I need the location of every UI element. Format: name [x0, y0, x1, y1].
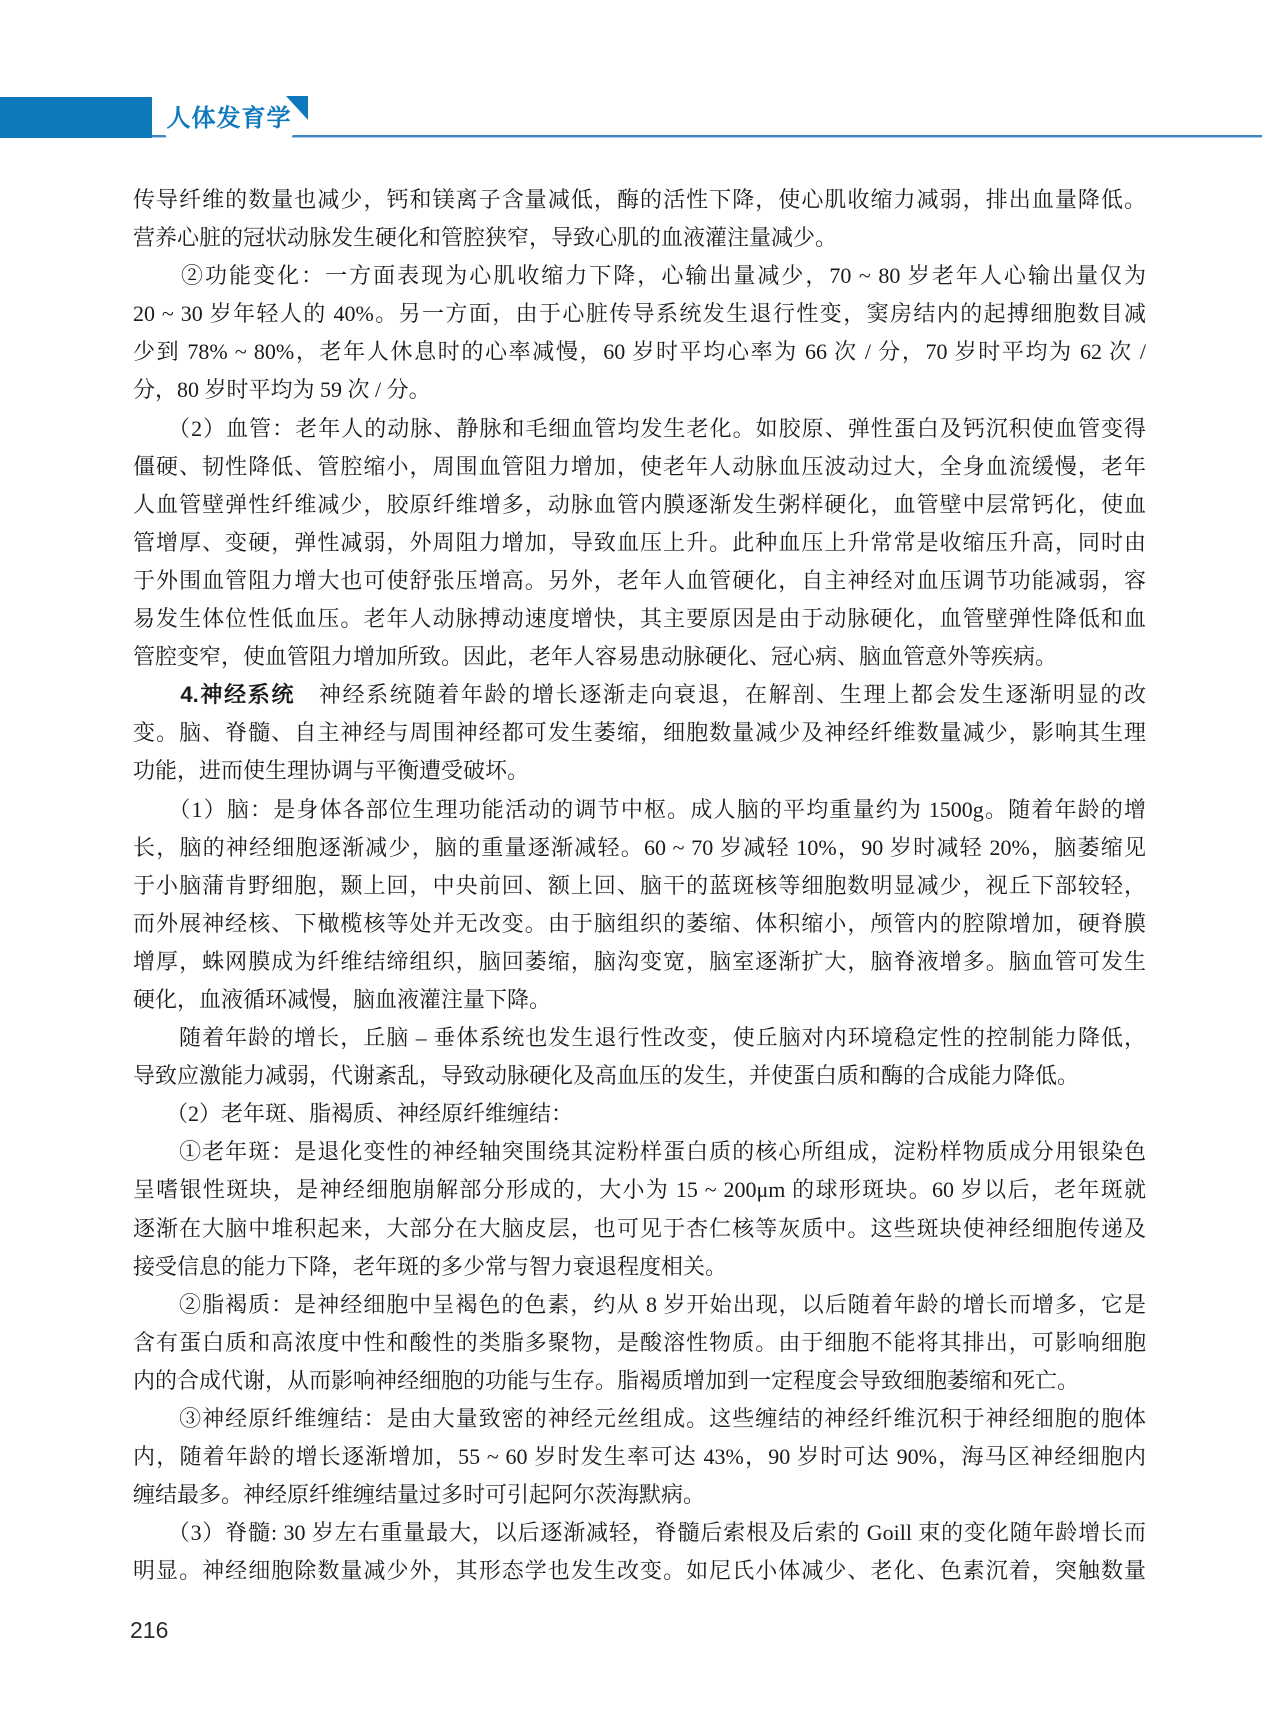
body-text: 传导纤维的数量也减少，钙和镁离子含量减低，酶的活性下降，使心肌收缩力减弱，排出血…: [133, 181, 1146, 1590]
text-line: 内，随着年龄的增长逐渐增加，55 ~ 60 岁时发生率可达 43%，90 岁时可…: [133, 1438, 1146, 1476]
text-line: 呈嗜银性斑块，是神经细胞崩解部分形成的，大小为 15 ~ 200μm 的球形斑块…: [133, 1171, 1146, 1209]
text-line: 于小脑蒲肯野细胞，颞上回，中央前回、额上回、脑干的蓝斑核等细胞数明显减少，视丘下…: [133, 867, 1146, 905]
text-run: [133, 682, 180, 707]
text-line: 管增厚、变硬，弹性减弱，外周阻力增加，导致血压上升。此种血压上升常常是收缩压升高…: [133, 524, 1146, 562]
text-line: 僵硬、韧性降低、管腔缩小，周围血管阻力增加，使老年人动脉血压波动过大，全身血流缓…: [133, 448, 1146, 486]
paragraph: 4.神经系统 神经系统随着年龄的增长逐渐走向衰退，在解剖、生理上都会发生逐渐明显…: [133, 676, 1146, 790]
text-line: 20 ~ 30 岁年轻人的 40%。另一方面，由于心脏传导系统发生退行性变，窦房…: [133, 295, 1146, 333]
section-heading: 4.神经系统: [180, 682, 295, 707]
text-line: 硬化，血液循环减慢，脑血液灌注量下降。: [133, 981, 1146, 1019]
text-line: 传导纤维的数量也减少，钙和镁离子含量减低，酶的活性下降，使心肌收缩力减弱，排出血…: [133, 181, 1146, 219]
text-line: ②脂褐质：是神经细胞中呈褐色的色素，约从 8 岁开始出现，以后随着年龄的增长而增…: [133, 1286, 1146, 1324]
text-line: 缠结最多。神经原纤维缠结量过多时可引起阿尔茨海默病。: [133, 1476, 1146, 1514]
text-line: 于外围血管阻力增大也可使舒张压增高。另外，老年人血管硬化，自主神经对血压调节功能…: [133, 562, 1146, 600]
text-line: 导致应激能力减弱，代谢紊乱，导致动脉硬化及高血压的发生，并使蛋白质和酶的合成能力…: [133, 1057, 1146, 1095]
text-line: 人血管壁弹性纤维减少，胶原纤维增多，动脉血管内膜逐渐发生粥样硬化，血管壁中层常钙…: [133, 486, 1146, 524]
text-line: 接受信息的能力下降，老年斑的多少常与智力衰退程度相关。: [133, 1248, 1146, 1286]
paragraph: 随着年龄的增长，丘脑 – 垂体系统也发生退行性改变，使丘脑对内环境稳定性的控制能…: [133, 1019, 1146, 1095]
text-line: 易发生体位性低血压。老年人动脉搏动速度增快，其主要原因是由于动脉硬化，血管壁弹性…: [133, 600, 1146, 638]
text-line: ①老年斑：是退化变性的神经轴突围绕其淀粉样蛋白质的核心所组成，淀粉样物质成分用银…: [133, 1133, 1146, 1171]
text-line: ②功能变化：一方面表现为心肌收缩力下降，心输出量减少，70 ~ 80 岁老年人心…: [133, 257, 1146, 295]
text-line: 含有蛋白质和高浓度中性和酸性的类脂多聚物，是酸溶性物质。由于细胞不能将其排出，可…: [133, 1324, 1146, 1362]
text-line: ③神经原纤维缠结：是由大量致密的神经元丝组成。这些缠结的神经纤维沉积于神经细胞的…: [133, 1400, 1146, 1438]
paragraph: 传导纤维的数量也减少，钙和镁离子含量减低，酶的活性下降，使心肌收缩力减弱，排出血…: [133, 181, 1146, 257]
book-page: { "page": { "header": { "book_title": "人…: [0, 0, 1275, 1718]
text-line: 随着年龄的增长，丘脑 – 垂体系统也发生退行性改变，使丘脑对内环境稳定性的控制能…: [133, 1019, 1146, 1057]
page-number: 216: [130, 1617, 168, 1644]
text-line: 长，脑的神经细胞逐渐减少，脑的重量逐渐减轻。60 ~ 70 岁减轻 10%，90…: [133, 829, 1146, 867]
text-line: 增厚，蛛网膜成为纤维结缔组织，脑回萎缩，脑沟变宽，脑室逐渐扩大，脑脊液增多。脑血…: [133, 943, 1146, 981]
paragraph: ③神经原纤维缠结：是由大量致密的神经元丝组成。这些缠结的神经纤维沉积于神经细胞的…: [133, 1400, 1146, 1514]
text-line: 逐渐在大脑中堆积起来，大部分在大脑皮层，也可见于杏仁核等灰质中。这些斑块使神经细…: [133, 1210, 1146, 1248]
text-line: 分，80 岁时平均为 59 次 / 分。: [133, 371, 1146, 409]
paragraph: （2）老年斑、脂褐质、神经原纤维缠结：: [133, 1095, 1146, 1133]
paragraph: （2）血管：老年人的动脉、静脉和毛细血管均发生老化。如胶原、弹性蛋白及钙沉积使血…: [133, 410, 1146, 677]
paragraph: （3）脊髓: 30 岁左右重量最大，以后逐渐减轻，脊髓后索根及后索的 Goill…: [133, 1514, 1146, 1590]
paragraph: ②脂褐质：是神经细胞中呈褐色的色素，约从 8 岁开始出现，以后随着年龄的增长而增…: [133, 1286, 1146, 1400]
text-line: 明显。神经细胞除数量减少外，其形态学也发生改变。如尼氏小体减少、老化、色素沉着，…: [133, 1552, 1146, 1590]
text-line: 少到 78% ~ 80%，老年人休息时的心率减慢，60 岁时平均心率为 66 次…: [133, 333, 1146, 371]
paragraph: ①老年斑：是退化变性的神经轴突围绕其淀粉样蛋白质的核心所组成，淀粉样物质成分用银…: [133, 1133, 1146, 1285]
book-title: 人体发育学: [150, 96, 308, 142]
text-line: 营养心脏的冠状动脉发生硬化和管腔狭窄，导致心肌的血液灌注量减少。: [133, 219, 1146, 257]
text-line: 管腔变窄，使血管阻力增加所致。因此，老年人容易患动脉硬化、冠心病、脑血管意外等疾…: [133, 638, 1146, 676]
text-line: （2）血管：老年人的动脉、静脉和毛细血管均发生老化。如胶原、弹性蛋白及钙沉积使血…: [133, 410, 1146, 448]
text-line: 内的合成代谢，从而影响神经细胞的功能与生存。脂褐质增加到一定程度会导致细胞萎缩和…: [133, 1362, 1146, 1400]
text-line: 而外展神经核、下橄榄核等处并无改变。由于脑组织的萎缩、体积缩小，颅管内的腔隙增加…: [133, 905, 1146, 943]
paragraph: ②功能变化：一方面表现为心肌收缩力下降，心输出量减少，70 ~ 80 岁老年人心…: [133, 257, 1146, 409]
text-run: 神经系统随着年龄的增长逐渐走向衰退，在解剖、生理上都会发生逐渐明显的改: [295, 682, 1146, 707]
text-line: 4.神经系统 神经系统随着年龄的增长逐渐走向衰退，在解剖、生理上都会发生逐渐明显…: [133, 676, 1146, 714]
text-line: 功能，进而使生理协调与平衡遭受破坏。: [133, 752, 1146, 790]
text-line: （1）脑：是身体各部位生理功能活动的调节中枢。成人脑的平均重量约为 1500g。…: [133, 791, 1146, 829]
text-line: 变。脑、脊髓、自主神经与周围神经都可发生萎缩，细胞数量减少及神经纤维数量减少，影…: [133, 714, 1146, 752]
text-line: （2）老年斑、脂褐质、神经原纤维缠结：: [133, 1095, 1146, 1133]
paragraph: （1）脑：是身体各部位生理功能活动的调节中枢。成人脑的平均重量约为 1500g。…: [133, 791, 1146, 1020]
header-bar: [0, 97, 152, 138]
text-line: （3）脊髓: 30 岁左右重量最大，以后逐渐减轻，脊髓后索根及后索的 Goill…: [133, 1514, 1146, 1552]
